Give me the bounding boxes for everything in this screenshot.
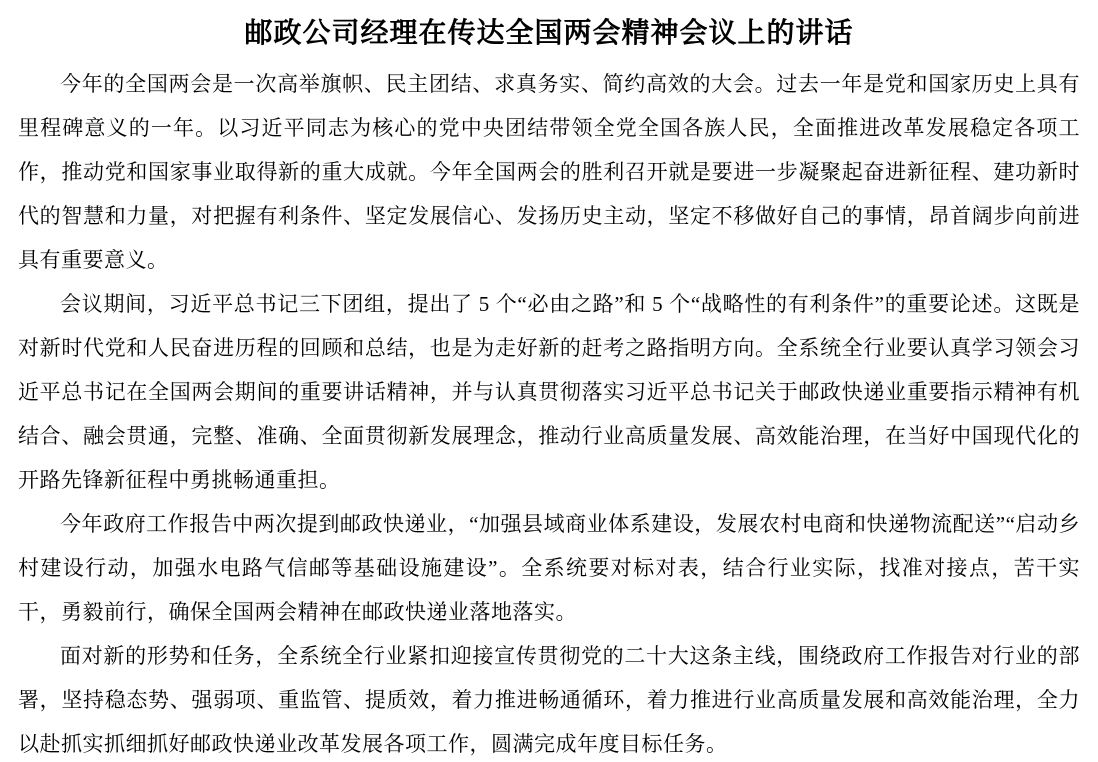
document-title: 邮政公司经理在传达全国两会精神会议上的讲话 bbox=[18, 14, 1080, 54]
paragraph-3: 今年政府工作报告中两次提到邮政快递业，“加强县域商业体系建设，发展农村电商和快递… bbox=[18, 502, 1080, 634]
document-page: 邮政公司经理在传达全国两会精神会议上的讲话 今年的全国两会是一次高举旗帜、民主团… bbox=[0, 0, 1098, 762]
paragraph-1: 今年的全国两会是一次高举旗帜、民主团结、求真务实、简约高效的大会。过去一年是党和… bbox=[18, 62, 1080, 282]
document-body: 今年的全国两会是一次高举旗帜、民主团结、求真务实、简约高效的大会。过去一年是党和… bbox=[18, 62, 1080, 762]
paragraph-4: 面对新的形势和任务，全系统全行业紧扣迎接宣传贯彻党的二十大这条主线，围绕政府工作… bbox=[18, 634, 1080, 762]
paragraph-2: 会议期间，习近平总书记三下团组，提出了 5 个“必由之路”和 5 个“战略性的有… bbox=[18, 282, 1080, 502]
